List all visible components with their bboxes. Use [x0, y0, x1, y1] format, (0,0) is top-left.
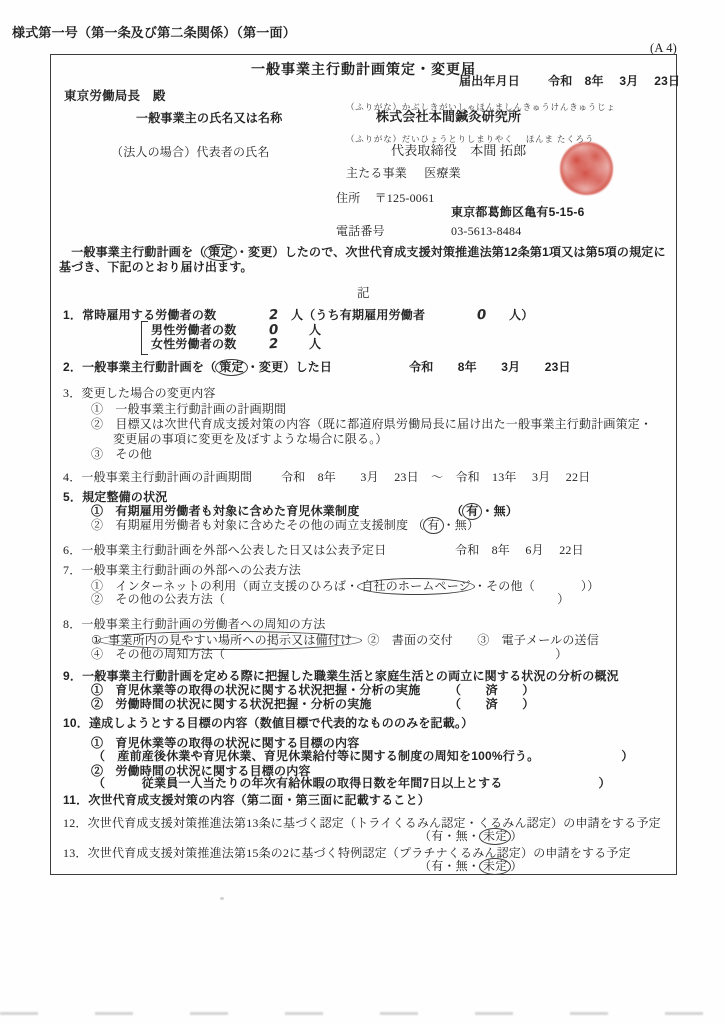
item-10-goal-1: （ 産前産後休業や育児休業、育児休業給付等に関する制度の周知を100%行う。）: [93, 749, 634, 763]
item-2-date: 令和 8年 3月 23日: [409, 360, 571, 374]
item-8-sub-4-close: ）: [555, 647, 567, 661]
circled-option-mitei-1: 未定: [479, 828, 511, 845]
form-code: 様式第一号（第一条及び第二条関係）（第一面）: [12, 26, 296, 40]
item-5-sub-2-text: ② 有期雇用労働者も対象に含めたその他の両立支援制度: [91, 518, 408, 532]
item-6-row: 6．一般事業主行動計画を外部へ公表した日又は公表予定日 令和 8年 6月 22日: [63, 543, 663, 557]
item-8-sub-1: ① 事業所内の見やすい場所への掲示又は備付け ② 書面の交付 ③ 電子メールの送…: [91, 633, 599, 648]
form-border-box: 一般事業主行動計画策定・変更届 届出年月日 令和 8年 3月 23日 東京労働局…: [50, 54, 677, 875]
item-10-goal-1-text: （ 産前産後休業や育児休業、育児休業給付等に関する制度の周知を100%行う。: [93, 749, 539, 763]
item-3-label: 3．変更した場合の変更内容: [63, 386, 216, 400]
item-1-unit-2: 人）: [509, 308, 533, 322]
item-7-sub-1-close: ））: [581, 579, 599, 593]
item-13-label: 13．次世代育成支援対策推進法第15条の2に基づく特例認定（プラチナくるみん認定…: [63, 846, 631, 860]
business-row: 主たる事業 医療業: [346, 166, 461, 180]
item-3-sub-2: ② 目標又は次世代育成支援対策の内容（既に都道府県労働局長に届け出た一般事業主行…: [91, 417, 652, 431]
scanned-form-page: 様式第一号（第一条及び第二条関係）（第一面） (A 4) 一般事業主行動計画策定…: [0, 0, 725, 1024]
scan-speck: [220, 897, 224, 900]
item-2-pre: 2．一般事業主行動計画を（: [63, 360, 216, 374]
circled-option-sakutei: 策定: [204, 244, 236, 261]
item-9-sub-1-status: （ 済 ）: [449, 683, 534, 697]
item-7-sub-1-pre: ① インターネットの利用（両立支援のひろば・: [91, 579, 358, 593]
item-9-sub-1: ① 育児休業等の取得の状況に関する状況把握・分析の実施 （ 済 ）: [91, 683, 661, 697]
item-7-sub-2: ② その他の公表方法（）: [91, 592, 569, 606]
item-8-sub-1-rest: ② 書面の交付 ③ 電子メールの送信: [367, 633, 599, 647]
item-13-choice-post: ）: [510, 859, 522, 873]
paren-close: ・無）: [481, 504, 518, 518]
item-5-label: 5．規定整備の状況: [63, 490, 167, 504]
item-10-label: 10．達成しようとする目標の内容（数値目標で代表的なもののみを記載。）: [63, 716, 473, 730]
item-1-unit-1: 人（うち有期雇用労働者: [291, 308, 425, 322]
item-7-label: 7．一般事業主行動計画の外部への公表方法: [63, 563, 301, 577]
item-10-goal-1-close: ）: [621, 749, 633, 763]
item-5-sub-1: ① 有期雇用労働者も対象に含めた育児休業制度 （有・無）: [91, 504, 661, 518]
address-value: 東京都葛飾区亀有5-15-6: [451, 205, 585, 219]
item-2-row: 2．一般事業主行動計画を（策定・変更）した日 令和 8年 3月 23日: [63, 360, 663, 374]
item-7-sub-2-close: ）: [557, 592, 569, 606]
scan-edge-artifact: [0, 1012, 725, 1015]
item-3-sub-2-cont: 変更届の事項に変更を及ぼすような場合に限る。）: [113, 432, 388, 446]
item-4-row: 4．一般事業主行動計画の計画期間 令和 8年 3月 23日 ～ 令和 13年 3…: [63, 470, 663, 484]
preamble-line-1: 一般事業主行動計画を（策定・変更）したので、次世代育成支援対策推進法第12条第1…: [59, 245, 666, 259]
preamble-text-cont: ・変更）したので、次世代育成支援対策推進法第12条第1項又は第5項の規定に: [236, 245, 666, 259]
item-10-goal-2: （ 従業員一人当たりの年次有給休暇の取得日数を年間7日以上とする）: [93, 776, 611, 790]
item-13-choice: （有・無・未定）: [419, 859, 523, 873]
item-6-date: 令和 8年 6月 22日: [455, 543, 584, 557]
preamble-line-2: 基づき、下記のとおり届け出ます。: [59, 260, 253, 274]
item-4-label: 4．一般事業主行動計画の計画期間: [63, 470, 252, 484]
business-label: 主たる事業: [346, 166, 407, 180]
address-label: 住所: [336, 191, 360, 205]
item-9-sub-2-text: ② 労働時間の状況に関する状況把握・分析の実施: [91, 697, 372, 711]
item-12-choice-pre: （有・無・: [419, 829, 480, 843]
item-1-row: 1．常時雇用する労働者の数 2 人（うち有期雇用労働者 0 人）: [63, 308, 663, 322]
item-12-label: 12．次世代育成支援対策推進法第13条に基づく認定（トライくるみん認定・くるみん…: [63, 816, 661, 830]
item-1-label: 1．常時雇用する労働者の数: [63, 308, 216, 322]
item-4-period: 令和 8年 3月 23日 ～ 令和 13年 3月 22日: [281, 470, 590, 484]
item-9-sub-2-status: （ 済 ）: [449, 697, 534, 711]
item-10-sub-1: ① 育児休業等の取得の状況に関する目標の内容: [91, 736, 359, 750]
item-9-label: 9．一般事業主行動計画を定める際に把握した職業生活と家庭生活との両立に関する状況…: [63, 669, 619, 683]
circled-option-ari-2: 有: [423, 517, 443, 534]
female-count-value: 2: [269, 337, 280, 352]
item-5-sub-2-choice: （有・無）: [412, 518, 479, 532]
item-7-sub-1-mid: ・その他（: [474, 579, 535, 593]
item-6-label: 6．一般事業主行動計画を外部へ公表した日又は公表予定日: [63, 543, 386, 557]
item-8-sub-4-pre: ④ その他の周知方法（: [91, 647, 225, 661]
item-12-choice: （有・無・未定）: [419, 829, 523, 843]
female-count-unit: 人: [309, 337, 321, 351]
fixed-term-count: 0: [477, 308, 488, 323]
record-marker: 記: [51, 286, 676, 300]
employee-count-total: 2: [269, 308, 280, 323]
submit-date-value: 令和 8年 3月 23日: [548, 74, 680, 88]
paper-size-label: (A 4): [650, 41, 677, 55]
circled-option-sakutei-2: 策定: [215, 359, 247, 376]
item-9-sub-2: ② 労働時間の状況に関する状況把握・分析の実施 （ 済 ）: [91, 697, 661, 711]
item-9-sub-1-text: ① 育児休業等の取得の状況に関する状況把握・分析の実施: [91, 683, 420, 697]
item-8-label: 8．一般事業主行動計画の労働者への周知の方法: [63, 617, 325, 631]
submit-date-label: 届出年月日: [459, 74, 520, 88]
company-name-value: 株式会社本間鍼灸研究所: [376, 110, 521, 124]
item-13-choice-pre: （有・無・: [419, 859, 480, 873]
item-10-goal-2-text: （ 従業員一人当たりの年次有給休暇の取得日数を年間7日以上とする: [93, 776, 502, 790]
address-row: 住所 〒125-0061: [336, 191, 434, 205]
female-count-row: 女性労働者の数 2 人: [151, 337, 551, 351]
postal-code: 〒125-0061: [375, 191, 435, 205]
preamble-text: 一般事業主行動計画を（: [59, 245, 205, 259]
business-value: 医療業: [424, 166, 461, 180]
male-count-row: 男性労働者の数 0 人: [151, 323, 551, 337]
female-count-label: 女性労働者の数: [151, 337, 236, 351]
item-5-sub-1-choice: （有・無）: [451, 504, 518, 518]
gender-bracket: [141, 321, 148, 355]
item-7-sub-2-pre: ② その他の公表方法（: [91, 592, 225, 606]
male-count-label: 男性労働者の数: [151, 323, 236, 337]
item-7-sub-1: ① インターネットの利用（両立支援のひろば・自社のホームページ・その他（））: [91, 579, 599, 593]
phone-value: 03-5613-8484: [451, 224, 521, 238]
paren-close: ・無）: [443, 518, 480, 532]
item-5-sub-1-text: ① 有期雇用労働者も対象に含めた育児休業制度: [91, 504, 359, 518]
item-8-sub-4: ④ その他の周知方法（）: [91, 647, 567, 661]
item-2-post: ・変更）した日: [247, 360, 332, 374]
item-5-sub-2: ② 有期雇用労働者も対象に含めたその他の両立支援制度（有・無）: [91, 518, 479, 532]
company-seal-stamp: [559, 141, 614, 196]
item-10-goal-2-close: ）: [598, 776, 610, 790]
item-12-choice-post: ）: [510, 829, 522, 843]
addressee: 東京労働局長 殿: [64, 89, 166, 103]
item-3-sub-3: ③ その他: [91, 447, 152, 461]
item-3-sub-1: ① 一般事業主行動計画の計画期間: [91, 402, 286, 416]
phone-label: 電話番号: [336, 224, 385, 238]
circled-option-mitei-2: 未定: [479, 858, 511, 875]
male-count-unit: 人: [309, 323, 321, 337]
representative-label: （法人の場合）代表者の氏名: [111, 145, 270, 159]
company-name-label: 一般事業主の氏名又は名称: [136, 111, 282, 125]
item-11-label: 11．次世代育成支援対策の内容（第二面・第三面に記載すること）: [63, 793, 430, 807]
representative-name: 代表取締役 本間 拓郎: [391, 144, 526, 158]
